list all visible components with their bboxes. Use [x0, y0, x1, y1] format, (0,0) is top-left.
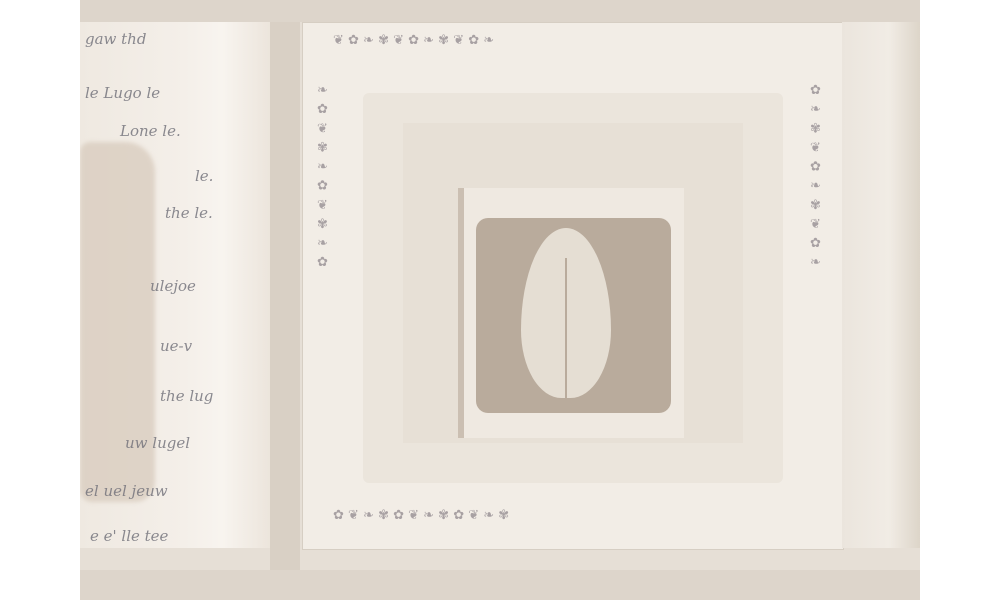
leaf-print-frame: [458, 188, 684, 438]
script-line: the lug: [160, 387, 213, 405]
script-line: the le.: [165, 204, 213, 222]
script-line: le.: [195, 167, 213, 185]
script-line: Lone le.: [120, 122, 181, 140]
leaf-print: [476, 218, 671, 413]
script-line: gaw thd: [85, 30, 146, 48]
top-band: [80, 0, 920, 22]
script-line: ue-v: [160, 337, 192, 355]
script-line: e e' lle tee: [90, 527, 168, 545]
script-line: el uel jeuw: [85, 482, 168, 500]
right-wash: [842, 22, 920, 548]
bottom-band: [80, 570, 920, 600]
wallpaper-artwork: gaw thd le Lugo le Lone le. le. the le. …: [80, 0, 920, 600]
leaf-vein: [565, 258, 567, 413]
floral-frame-panel: ❦ ✿ ❧ ✾ ❦ ✿ ❧ ✾ ❦ ✿ ❧ ✿ ❦ ❧ ✾ ✿ ❦ ❧ ✾ ✿ …: [302, 22, 844, 550]
script-line: ulejoe: [150, 277, 196, 295]
floral-vine-icon: ✿ ❧ ✾ ❦ ✿ ❧ ✾ ❦ ✿ ❧: [808, 83, 823, 270]
script-line: le Lugo le: [85, 84, 160, 102]
vertical-stripe: [270, 22, 300, 572]
handwritten-script: gaw thd le Lugo le Lone le. le. the le. …: [80, 22, 270, 548]
floral-vine-icon: ❧ ✿ ❦ ✾ ❧ ✿ ❦ ✾ ❧ ✿: [315, 83, 330, 270]
floral-vine-icon: ✿ ❦ ❧ ✾ ✿ ❦ ❧ ✾ ✿ ❦ ❧ ✾: [333, 508, 509, 523]
script-line: uw lugel: [125, 434, 190, 452]
floral-vine-icon: ❦ ✿ ❧ ✾ ❦ ✿ ❧ ✾ ❦ ✿ ❧: [333, 33, 494, 48]
